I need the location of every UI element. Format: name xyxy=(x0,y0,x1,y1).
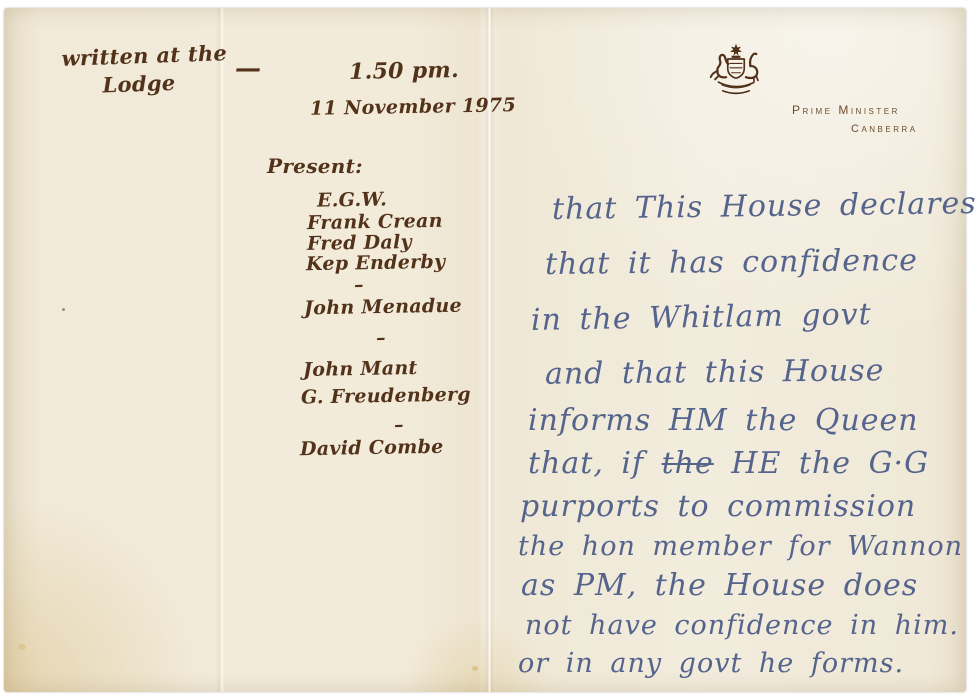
attendee-line: John Mant xyxy=(303,359,418,380)
emu xyxy=(746,54,757,78)
motion-line: that it has confidence xyxy=(545,246,918,280)
foxing-spot xyxy=(18,644,26,650)
motion-line-segment: that, if xyxy=(528,446,662,481)
annotation-line: Lodge xyxy=(62,67,228,101)
left-fold-crease xyxy=(216,8,225,692)
attendee-line: G. Freudenberg xyxy=(301,386,471,408)
letterhead-office: Prime Minister xyxy=(792,103,900,117)
attendee-line: Kep Enderby xyxy=(306,253,446,274)
motion-line: and that this House xyxy=(545,356,885,390)
australian-coat-of-arms-icon xyxy=(703,41,769,99)
motion-line: the hon member for Wannon xyxy=(518,533,963,560)
motion-line-segment: HE the G·G xyxy=(714,446,929,481)
foxing-spot xyxy=(472,666,478,671)
motion-line: as PM, the House does xyxy=(521,571,918,601)
shield xyxy=(728,59,745,78)
letter-paper: written at the Lodge — 1.50 pm. 11 Novem… xyxy=(4,8,966,692)
motion-line: not have confidence in him. xyxy=(525,612,959,639)
motion-line: purports to commission xyxy=(520,492,916,522)
attendee-line: E.G.W. xyxy=(317,190,387,210)
motion-line: in the Whitlam govt xyxy=(531,300,872,336)
motion-line: or in any govt he forms. xyxy=(518,650,904,677)
scroll xyxy=(723,91,749,93)
date-note: 11 November 1975 xyxy=(310,94,516,120)
letterhead-city: Canberra xyxy=(851,123,918,135)
attendee-separator-dash: – xyxy=(376,329,386,348)
attendee-line: Frank Crean xyxy=(307,212,443,233)
kangaroo xyxy=(717,55,728,77)
present-heading: Present: xyxy=(267,154,363,178)
ink-speck xyxy=(62,308,65,311)
motion-line: that This House declares xyxy=(552,189,977,225)
dash-stroke: — xyxy=(235,54,261,84)
struck-out-word: the xyxy=(662,446,714,481)
motion-line-with-correction: that, if the HE the G·G xyxy=(528,449,929,479)
attendee-line: John Menadue xyxy=(304,297,462,319)
time-note: 1.50 pm. xyxy=(349,57,459,85)
attendee-line: David Combe xyxy=(300,438,444,460)
attendee-separator-dash: – xyxy=(394,416,404,435)
commonwealth-star xyxy=(730,44,742,56)
motion-line: informs HM the Queen xyxy=(528,406,919,436)
attendee-separator-dash: – xyxy=(354,276,364,295)
annotation-written-at-lodge: written at the Lodge xyxy=(61,39,228,101)
